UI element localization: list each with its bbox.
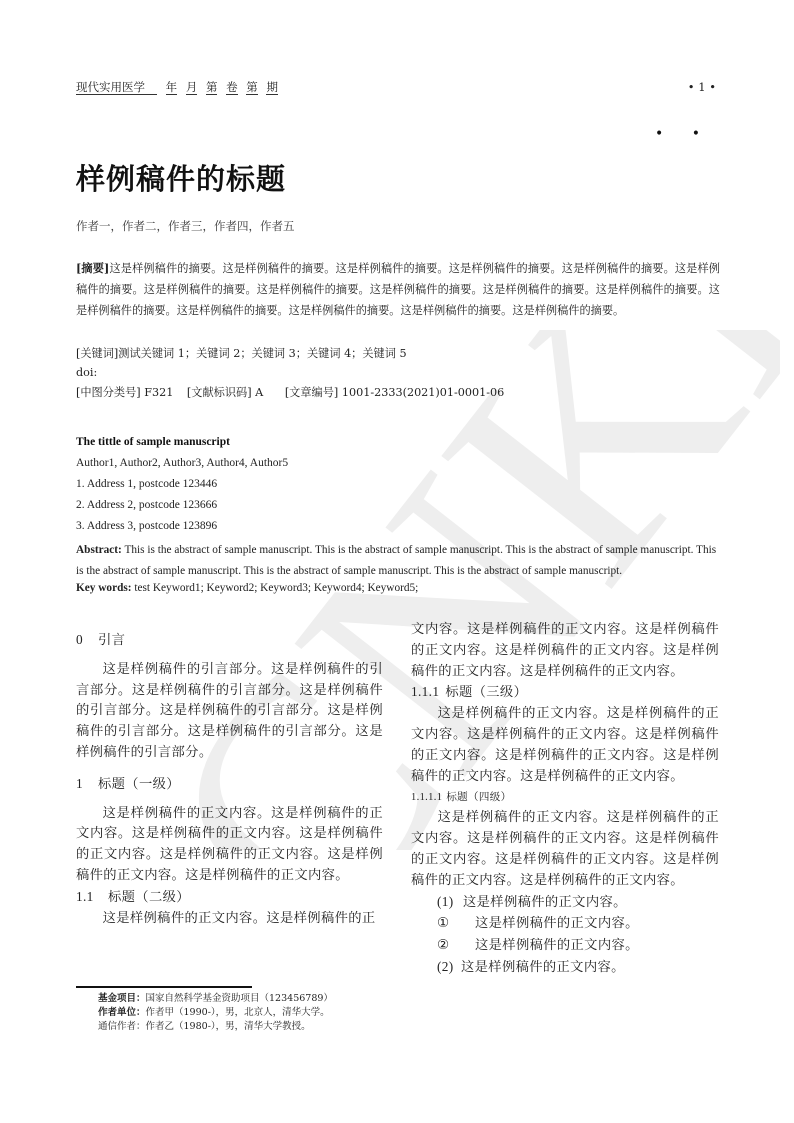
list-item: (2)这是样例稿件的正文内容。 <box>411 957 719 979</box>
body-right-column: 文内容。这是样例稿件的正文内容。这是样例稿件的正文内容。这是样例稿件的正文内容。… <box>411 620 719 979</box>
authors-en: Author1, Author2, Author3, Author4, Auth… <box>76 457 288 469</box>
footnote-funding: 基金项目：国家自然科学基金资助项目（123456789） <box>98 992 333 1006</box>
section-heading-1-1-1-1: 1.1.1.1标题（四级） <box>411 787 719 808</box>
section-1-1-1-paragraph: 这是样例稿件的正文内容。这是样例稿件的正文内容。这是样例稿件的正文内容。这是样例… <box>411 704 719 787</box>
address-2: 2. Address 2, postcode 123666 <box>76 499 217 511</box>
body-left-column: 0引言 这是样例稿件的引言部分。这是样例稿件的引言部分。这是样例稿件的引言部分。… <box>76 630 383 929</box>
issue-month: 月 <box>186 80 198 95</box>
classification-line: [中图分类号] F321 [文献标识码] A [文章编号] 1001-2333(… <box>76 384 504 400</box>
footnote-corresponding: 通信作者：作者乙（1980-），男，清华大学教授。 <box>98 1020 311 1034</box>
section-1-paragraph: 这是样例稿件的正文内容。这是样例稿件的正文内容。这是样例稿件的正文内容。这是样例… <box>76 804 383 887</box>
section-1-1-paragraph-cont: 文内容。这是样例稿件的正文内容。这是样例稿件的正文内容。这是样例稿件的正文内容。… <box>411 620 719 682</box>
page-number: • 1 • <box>688 80 716 94</box>
doc-code-label: [文献标识码] <box>187 386 252 399</box>
doc-code-value: A <box>255 386 263 399</box>
list-item: ①这是样例稿件的正文内容。 <box>411 913 719 935</box>
issue-number: 期 <box>266 80 278 95</box>
address-3: 3. Address 3, postcode 123896 <box>76 520 217 532</box>
issue-di-1: 第 <box>206 80 218 95</box>
keywords-en: Key words: test Keyword1; Keyword2; Keyw… <box>76 582 418 594</box>
corner-dots: • • <box>655 126 712 142</box>
doi-line: doi: <box>76 366 97 379</box>
issue-di-2: 第 <box>246 80 258 95</box>
section-heading-1-1: 1.1标题（二级） <box>76 887 383 909</box>
paper-title-zh: 样例稿件的标题 <box>76 157 286 198</box>
keywords-zh: [关键词]测试关键词 1；关键词 2；关键词 3；关键词 4；关键词 5 <box>76 345 407 361</box>
list-item: ②这是样例稿件的正文内容。 <box>411 935 719 957</box>
article-no-label: [文章编号] <box>285 386 338 399</box>
section-1-1-paragraph-start: 这是样例稿件的正文内容。这是样例稿件的正 <box>76 909 383 930</box>
section-heading-intro: 0引言 <box>76 630 383 652</box>
issue-year: 年 <box>166 80 178 95</box>
footnote-affiliation: 作者单位：作者甲（1990-），男，北京人，清华大学。 <box>98 1006 330 1020</box>
clc-label: [中图分类号] <box>76 386 141 399</box>
abstract-zh: [摘要]这是样例稿件的摘要。这是样例稿件的摘要。这是样例稿件的摘要。这是样例稿件… <box>76 258 720 321</box>
abstract-zh-label: [摘要] <box>76 261 109 275</box>
running-header: 现代实用医学 年 月 第 卷 第 期 <box>76 80 283 95</box>
keywords-en-text: test Keyword1; Keyword2; Keyword3; Keywo… <box>134 582 418 594</box>
paper-title-en: The tittle of sample manuscript <box>76 436 230 448</box>
issue-volume: 卷 <box>226 80 238 95</box>
authors-zh: 作者一，作者二，作者三，作者四，作者五 <box>76 218 295 234</box>
list-item: (1)这是样例稿件的正文内容。 <box>411 892 719 914</box>
intro-paragraph: 这是样例稿件的引言部分。这是样例稿件的引言部分。这是样例稿件的引言部分。这是样例… <box>76 660 383 764</box>
keywords-zh-label: [关键词] <box>76 347 118 360</box>
section-1-1-1-1-paragraph: 这是样例稿件的正文内容。这是样例稿件的正文内容。这是样例稿件的正文内容。这是样例… <box>411 808 719 891</box>
keywords-en-label: Key words: <box>76 582 132 594</box>
section-heading-1-1-1: 1.1.1标题（三级） <box>411 682 719 704</box>
abstract-zh-text: 这是样例稿件的摘要。这是样例稿件的摘要。这是样例稿件的摘要。这是样例稿件的摘要。… <box>76 262 720 317</box>
address-1: 1. Address 1, postcode 123446 <box>76 478 217 490</box>
footnote-divider <box>76 986 252 988</box>
article-no-value: 1001-2333(2021)01-0001-06 <box>342 386 504 399</box>
abstract-en-label: Abstract: <box>76 544 122 556</box>
clc-value: F321 <box>144 386 173 399</box>
section-heading-1: 1标题（一级） <box>76 774 383 796</box>
journal-name: 现代实用医学 <box>76 80 157 95</box>
abstract-en-text: This is the abstract of sample manuscrip… <box>76 544 716 577</box>
abstract-en: Abstract: This is the abstract of sample… <box>76 540 724 582</box>
keywords-zh-text: 测试关键词 1；关键词 2；关键词 3；关键词 4；关键词 5 <box>118 347 406 360</box>
